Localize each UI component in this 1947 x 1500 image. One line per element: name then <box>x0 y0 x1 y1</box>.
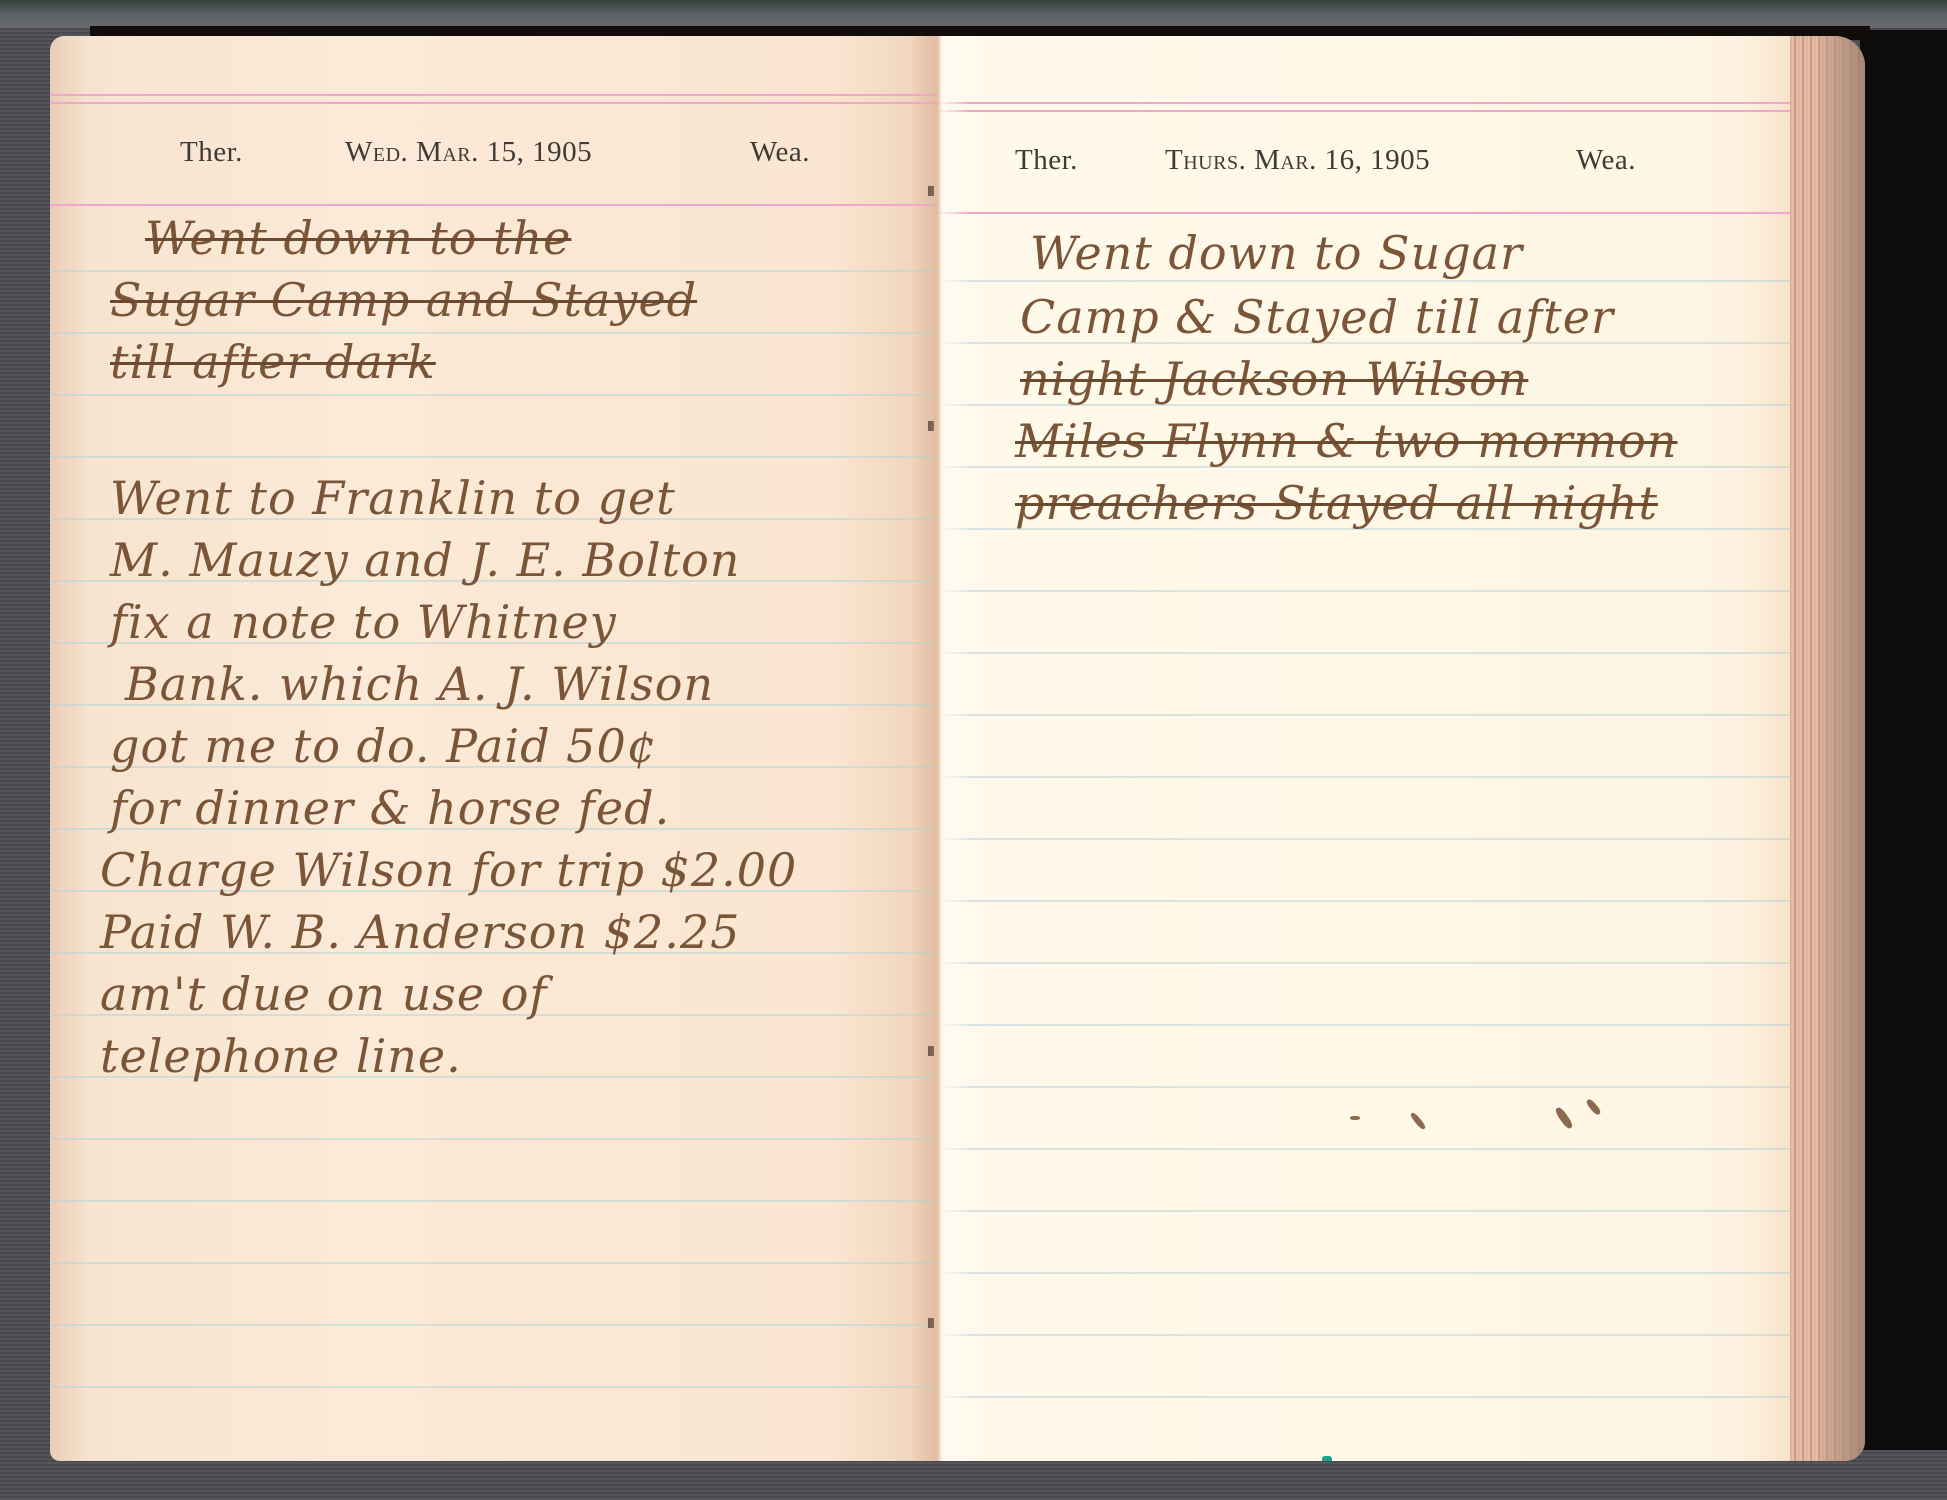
entry-line: Paid W. B. Anderson $2.25 <box>100 905 740 959</box>
ruled-line <box>50 456 940 458</box>
ruled-line <box>50 1200 940 1202</box>
pink-rule-top-2 <box>940 110 1790 112</box>
ruled-line <box>940 590 1790 592</box>
ruled-line <box>940 280 1790 282</box>
ink-speck <box>1350 1116 1360 1120</box>
right-page: Ther. Thurs. Mar. 16, 1905 Wea. Went dow… <box>940 36 1790 1461</box>
right-page-header: Ther. Thurs. Mar. 16, 1905 Wea. <box>940 144 1790 194</box>
ruled-line <box>50 1138 940 1140</box>
entry-line: telephone line. <box>100 1029 462 1083</box>
entry-line: Camp & Stayed till after <box>1020 290 1614 344</box>
ruled-line <box>940 1272 1790 1274</box>
book-spine-gutter <box>910 36 970 1461</box>
ruled-line <box>940 1396 1790 1398</box>
ink-speck <box>1554 1106 1574 1130</box>
ruled-line <box>940 1210 1790 1212</box>
wea-label: Wea. <box>1576 144 1636 177</box>
ruled-line <box>940 652 1790 654</box>
page-block-shading <box>1820 36 1865 1461</box>
entry-line: preachers Stayed all night <box>1015 476 1658 530</box>
page-date: Wed. Mar. 15, 1905 <box>345 136 592 169</box>
ruled-line <box>940 1334 1790 1336</box>
entry-line: Went down to the <box>145 211 571 265</box>
green-ink-dot <box>1322 1456 1332 1461</box>
entry-line: got me to do. Paid 50¢ <box>110 719 657 773</box>
ruled-line <box>50 1386 940 1388</box>
pink-rule-top-2 <box>50 102 940 104</box>
ruled-line <box>940 1148 1790 1150</box>
pink-rule-header-bottom <box>940 212 1790 214</box>
ink-speck <box>1409 1111 1426 1130</box>
entry-line: fix a note to Whitney <box>110 595 617 649</box>
ruled-line <box>940 714 1790 716</box>
entry-line: Charge Wilson for trip $2.00 <box>100 843 797 897</box>
left-page-header: Ther. Wed. Mar. 15, 1905 Wea. <box>50 136 940 186</box>
entry-line: Sugar Camp and Stayed <box>110 273 697 327</box>
ruled-line <box>50 332 940 334</box>
page-date: Thurs. Mar. 16, 1905 <box>1165 144 1430 177</box>
diary-book: Ther. Wed. Mar. 15, 1905 Wea. Went down … <box>50 36 1865 1461</box>
entry-line: night Jackson Wilson <box>1020 352 1528 406</box>
entry-line: Miles Flynn & two mormon <box>1015 414 1677 468</box>
ruled-line <box>940 900 1790 902</box>
pink-rule-header-bottom <box>50 204 940 206</box>
ruled-line <box>940 776 1790 778</box>
scanner-top-band <box>0 0 1947 28</box>
left-page: Ther. Wed. Mar. 15, 1905 Wea. Went down … <box>50 36 940 1461</box>
entry-line: Went to Franklin to get <box>110 471 676 525</box>
entry-line: Bank. which A. J. Wilson <box>125 657 714 711</box>
ink-speck <box>1585 1098 1602 1116</box>
entry-line: am't due on use of <box>100 967 547 1021</box>
wea-label: Wea. <box>750 136 810 169</box>
pink-rule-top-1 <box>940 102 1790 104</box>
ruled-line <box>940 838 1790 840</box>
ruled-line <box>50 1262 940 1264</box>
pink-rule-top-1 <box>50 94 940 96</box>
ruled-line <box>50 1324 940 1326</box>
ruled-line <box>50 270 940 272</box>
ruled-line <box>940 962 1790 964</box>
ruled-line <box>940 1086 1790 1088</box>
entry-line: M. Mauzy and J. E. Bolton <box>110 533 740 587</box>
entry-line: till after dark <box>110 335 436 389</box>
ther-label: Ther. <box>1015 144 1078 177</box>
entry-line: for dinner & horse fed. <box>110 781 670 835</box>
entry-line: Went down to Sugar <box>1030 226 1523 280</box>
ruled-line <box>50 394 940 396</box>
scanner-dark-edge <box>1860 30 1947 1450</box>
ruled-line <box>940 1024 1790 1026</box>
ther-label: Ther. <box>180 136 243 169</box>
